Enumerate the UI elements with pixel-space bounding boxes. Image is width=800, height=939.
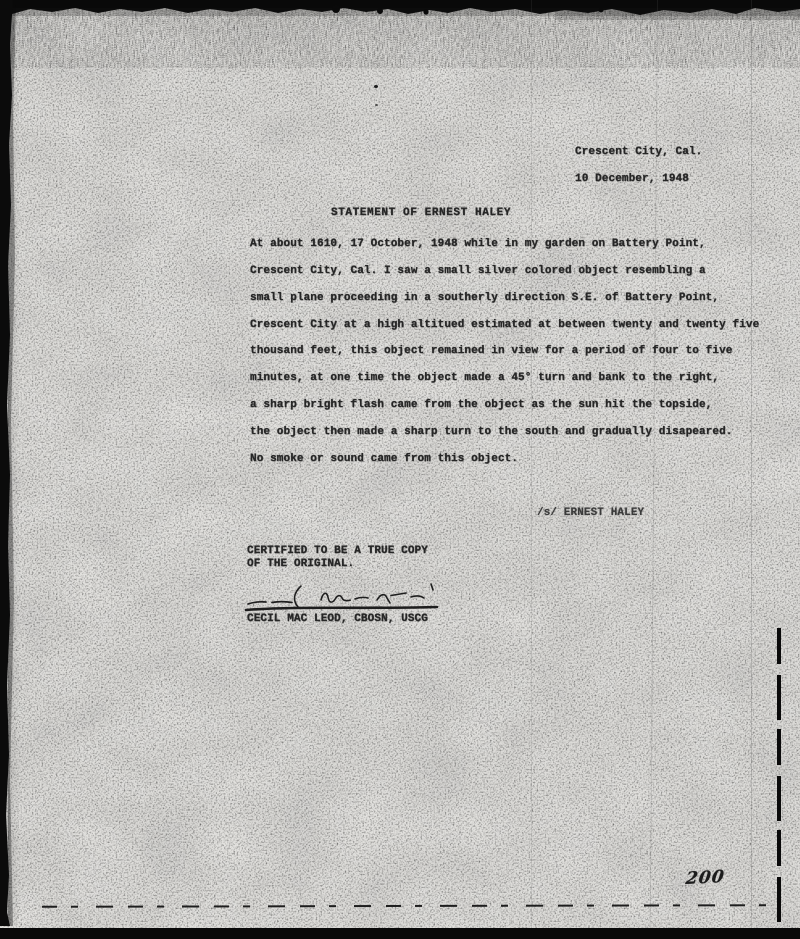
body-line: the object then made a sharp turn to the…: [250, 427, 732, 438]
body-line: Crescent City at a high altitued estimat…: [250, 320, 759, 331]
bottom-dashed-line: [42, 904, 770, 908]
body-line: a sharp bright flash came from the objec…: [250, 400, 712, 411]
scan-noise-texture: [0, 0, 800, 939]
body-line: At about 1610, 17 October, 1948 while in…: [250, 239, 706, 250]
bottom-black-edge: [0, 928, 800, 939]
torn-left-edge: [0, 0, 20, 930]
scanned-document-page: Crescent City, Cal. 10 December, 1948 ST…: [0, 0, 800, 939]
body-line: minutes, at one time the object made a 4…: [250, 373, 719, 384]
certification-line-1: CERTIFIED TO BE A TRUE COPY: [247, 545, 428, 559]
fold-line: [751, 0, 752, 939]
body-line: No smoke or sound came from this object.: [250, 454, 518, 465]
ink-speck: [374, 85, 378, 88]
body-line: small plane proceeding in a southerly di…: [250, 293, 719, 304]
fold-line: [531, 0, 532, 939]
document-title: STATEMENT OF ERNEST HALEY: [331, 208, 511, 219]
handwritten-signature: [244, 582, 440, 616]
torn-top-edge: [0, 0, 800, 36]
right-crease-mark: [777, 628, 781, 939]
fold-line: [650, 0, 658, 939]
signer-name: CECIL MAC LEOD, CBOSN, USCG: [247, 614, 428, 625]
body-line: thousand feet, this object remained in v…: [250, 346, 732, 357]
body-line: Crescent City, Cal. I saw a small silver…: [250, 266, 706, 277]
typed-signature-line: /s/ ERNEST HALEY: [537, 508, 644, 519]
header-date: 10 December, 1948: [575, 174, 689, 185]
page-number: 200: [685, 867, 726, 889]
certification-line-2: OF THE ORIGINAL.: [247, 558, 354, 572]
ink-speck: [375, 104, 378, 106]
header-location: Crescent City, Cal.: [575, 147, 702, 158]
